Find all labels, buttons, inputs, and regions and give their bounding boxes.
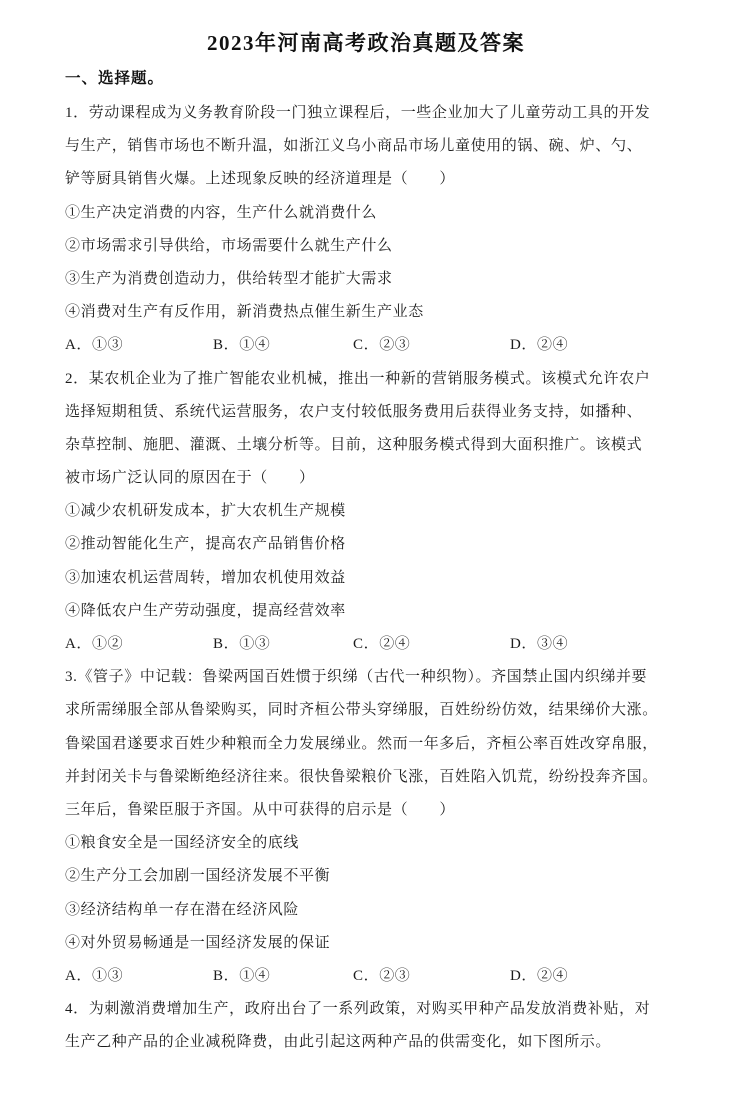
option-line: ④消费对生产有反作用，新消费热点催生新生产业态 (65, 296, 671, 329)
question-stem: 3.《管子》中记载：鲁梁两国百姓惯于织绨（古代一种织物）。齐国禁止国内织绨并要求… (65, 661, 671, 827)
option-line: ④降低农户生产劳动强度，提高经营效率 (65, 595, 671, 628)
answer-choice: D．②④ (510, 960, 568, 993)
question-block: 3.《管子》中记载：鲁梁两国百姓惯于织绨（古代一种织物）。齐国禁止国内织绨并要求… (65, 661, 671, 993)
question-stem-line: 3.《管子》中记载：鲁梁两国百姓惯于织绨（古代一种织物）。齐国禁止国内织绨并要 (65, 661, 671, 694)
question-stem-line: 杂草控制、施肥、灌溉、土壤分析等。目前，这种服务模式得到大面积推广。该模式 (65, 429, 671, 462)
option-line: ②市场需求引导供给，市场需要什么就生产什么 (65, 230, 671, 263)
option-line: ①减少农机研发成本，扩大农机生产规模 (65, 495, 671, 528)
option-line: ②推动智能化生产，提高农产品销售价格 (65, 528, 671, 561)
question-stem-line: 铲等厨具销售火爆。上述现象反映的经济道理是（ ） (65, 163, 671, 196)
option-line: ①生产决定消费的内容，生产什么就消费什么 (65, 197, 671, 230)
question-options: ①粮食安全是一国经济安全的底线②生产分工会加剧一国经济发展不平衡③经济结构单一存… (65, 827, 671, 960)
answer-choices-row: A．①③B．①④C．②③D．②④ (65, 960, 671, 993)
option-line: ③加速农机运营周转，增加农机使用效益 (65, 562, 671, 595)
question-stem-line: 4．为刺激消费增加生产，政府出台了一系列政策，对购买甲种产品发放消费补贴，对 (65, 993, 671, 1026)
answer-choice: C．②④ (353, 628, 510, 661)
answer-choice: A．①② (65, 628, 213, 661)
answer-choice: C．②③ (353, 960, 510, 993)
question-stem-line: 与生产，销售市场也不断升温，如浙江义乌小商品市场儿童使用的锅、碗、炉、勺、 (65, 130, 671, 163)
option-line: ②生产分工会加剧一国经济发展不平衡 (65, 860, 671, 893)
answer-choice: A．①③ (65, 329, 213, 362)
page-title: 2023年河南高考政治真题及答案 (0, 27, 732, 57)
answer-choice: A．①③ (65, 960, 213, 993)
answer-choice: B．①③ (213, 628, 353, 661)
answer-choices-row: A．①②B．①③C．②④D．③④ (65, 628, 671, 661)
question-stem-line: 并封闭关卡与鲁梁断绝经济往来。很快鲁梁粮价飞涨，百姓陷入饥荒，纷纷投奔齐国。 (65, 761, 671, 794)
question-stem-line: 2．某农机企业为了推广智能农业机械，推出一种新的营销服务模式。该模式允许农户 (65, 363, 671, 396)
question-block: 1．劳动课程成为义务教育阶段一门独立课程后，一些企业加大了儿童劳动工具的开发与生… (65, 97, 671, 363)
question-options: ①减少农机研发成本，扩大农机生产规模②推动智能化生产，提高农产品销售价格③加速农… (65, 495, 671, 628)
question-block: 4．为刺激消费增加生产，政府出台了一系列政策，对购买甲种产品发放消费补贴，对生产… (65, 993, 671, 1059)
answer-choices-row: A．①③B．①④C．②③D．②④ (65, 329, 671, 362)
option-line: ①粮食安全是一国经济安全的底线 (65, 827, 671, 860)
answer-choice: D．③④ (510, 628, 568, 661)
question-stem-line: 三年后，鲁梁臣服于齐国。从中可获得的启示是（ ） (65, 794, 671, 827)
question-stem-line: 被市场广泛认同的原因在于（ ） (65, 462, 671, 495)
question-stem: 4．为刺激消费增加生产，政府出台了一系列政策，对购买甲种产品发放消费补贴，对生产… (65, 993, 671, 1059)
question-stem: 2．某农机企业为了推广智能农业机械，推出一种新的营销服务模式。该模式允许农户选择… (65, 363, 671, 496)
answer-choice: B．①④ (213, 329, 353, 362)
question-stem-line: 鲁梁国君遂要求百姓少种粮而全力发展绨业。然而一年多后，齐桓公率百姓改穿帛服， (65, 728, 671, 761)
option-line: ④对外贸易畅通是一国经济发展的保证 (65, 927, 671, 960)
question-options: ①生产决定消费的内容，生产什么就消费什么②市场需求引导供给，市场需要什么就生产什… (65, 197, 671, 330)
answer-choice: B．①④ (213, 960, 353, 993)
option-line: ③生产为消费创造动力，供给转型才能扩大需求 (65, 263, 671, 296)
answer-choice: C．②③ (353, 329, 510, 362)
question-stem-line: 选择短期租赁、系统代运营服务，农户支付较低服务费用后获得业务支持，如播种、 (65, 396, 671, 429)
questions-container: 1．劳动课程成为义务教育阶段一门独立课程后，一些企业加大了儿童劳动工具的开发与生… (65, 97, 671, 1059)
answer-choice: D．②④ (510, 329, 568, 362)
question-stem-line: 1．劳动课程成为义务教育阶段一门独立课程后，一些企业加大了儿童劳动工具的开发 (65, 97, 671, 130)
section-heading: 一、选择题。 (65, 66, 164, 88)
document-page: 2023年河南高考政治真题及答案 一、选择题。 1．劳动课程成为义务教育阶段一门… (0, 0, 732, 1098)
question-stem-line: 生产乙种产品的企业减税降费，由此引起这两种产品的供需变化，如下图所示。 (65, 1026, 671, 1059)
option-line: ③经济结构单一存在潜在经济风险 (65, 894, 671, 927)
question-stem-line: 求所需绨服全部从鲁梁购买，同时齐桓公带头穿绨服，百姓纷纷仿效，结果绨价大涨。 (65, 694, 671, 727)
question-stem: 1．劳动课程成为义务教育阶段一门独立课程后，一些企业加大了儿童劳动工具的开发与生… (65, 97, 671, 197)
question-block: 2．某农机企业为了推广智能农业机械，推出一种新的营销服务模式。该模式允许农户选择… (65, 363, 671, 662)
